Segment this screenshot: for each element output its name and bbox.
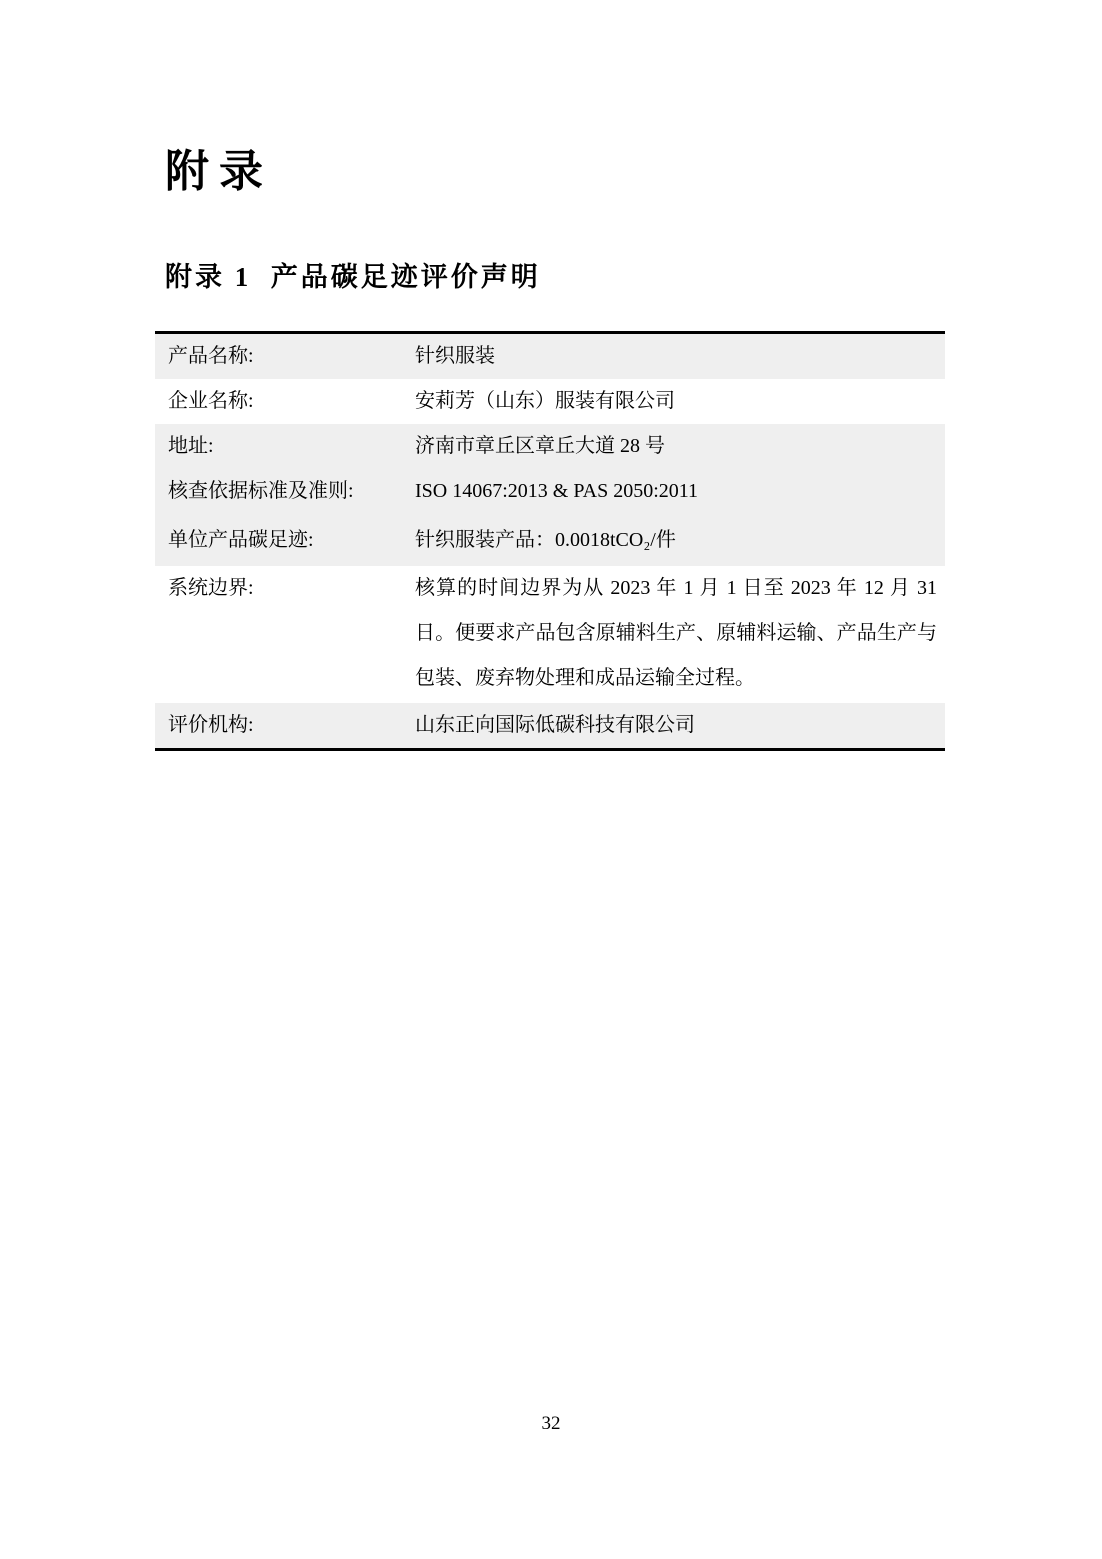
table-row-system-boundary: 系统边界: 核算的时间边界为从 2023 年 1 月 1 日至 2023 年 1… [155,566,945,703]
row-value: 山东正向国际低碳科技有限公司 [415,703,945,748]
row-value: 针织服装产品：0.0018tCO₂/件 [415,518,945,563]
row-value: 针织服装 [415,334,945,379]
carbon-footprint-declaration-table: 产品名称: 针织服装 企业名称: 安莉芳（山东）服装有限公司 地址: 济南市章丘… [155,331,945,751]
appendix-heading: 附录 [155,146,945,199]
table-row-verification-standards: 核查依据标准及准则: ISO 14067:2013 & PAS 2050:201… [155,469,945,514]
row-value: 核算的时间边界为从 2023 年 1 月 1 日至 2023 年 12 月 31… [415,566,945,701]
row-label: 产品名称: [155,334,415,379]
table-row-company-name: 企业名称: 安莉芳（山东）服装有限公司 [155,379,945,424]
table-row-product-name: 产品名称: 针织服装 [155,334,945,379]
table-row-address: 地址: 济南市章丘区章丘大道 28 号 [155,424,945,469]
row-value: 安莉芳（山东）服装有限公司 [415,379,945,424]
document-page: 附录 附录 1 产品碳足迹评价声明 产品名称: 针织服装 企业名称: 安莉芳（山… [0,0,1102,1559]
table-row-unit-carbon-footprint: 单位产品碳足迹: 针织服装产品：0.0018tCO₂/件 [155,514,945,566]
row-value: ISO 14067:2013 & PAS 2050:2011 [415,469,945,514]
row-value: 济南市章丘区章丘大道 28 号 [415,424,945,469]
row-label: 评价机构: [155,703,415,748]
appendix-1-subheading: 附录 1 产品碳足迹评价声明 [155,261,945,293]
row-label: 地址: [155,424,415,469]
row-label: 单位产品碳足迹: [155,514,415,566]
row-label: 系统边界: [155,566,415,611]
table-row-evaluation-agency: 评价机构: 山东正向国际低碳科技有限公司 [155,703,945,748]
row-label: 企业名称: [155,379,415,424]
page-content: 附录 附录 1 产品碳足迹评价声明 产品名称: 针织服装 企业名称: 安莉芳（山… [155,0,945,751]
page-number: 32 [0,1413,1102,1435]
row-label: 核查依据标准及准则: [155,469,415,514]
